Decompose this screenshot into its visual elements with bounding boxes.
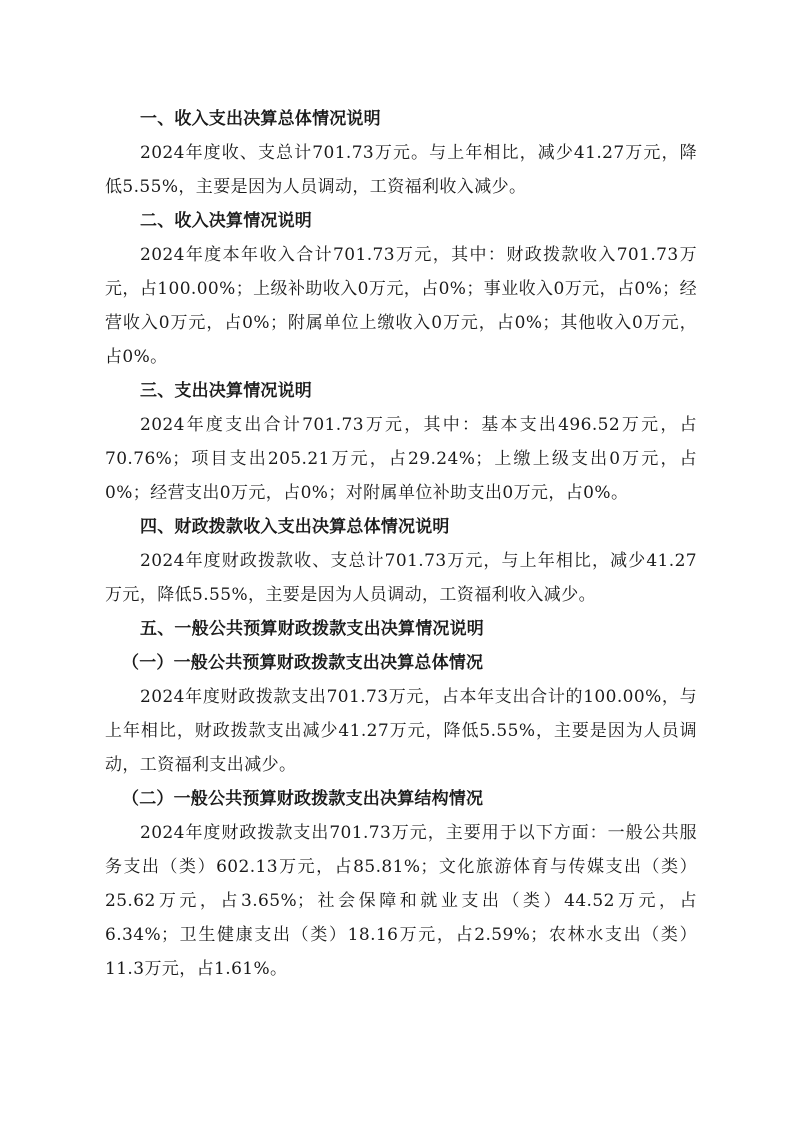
- subsection-paragraph-5-2: 2024年度财政拨款支出701.73万元，主要用于以下方面：一般公共服务支出（类…: [105, 816, 697, 986]
- section-paragraph-4: 2024年度财政拨款收、支总计701.73万元，与上年相比，减少41.27万元，…: [105, 544, 697, 612]
- section-paragraph-1: 2024年度收、支总计701.73万元。与上年相比，减少41.27万元，降低5.…: [105, 136, 697, 204]
- section-heading-3: 三、支出决算情况说明: [105, 374, 697, 408]
- section-paragraph-3: 2024年度支出合计701.73万元，其中：基本支出496.52万元，占70.7…: [105, 408, 697, 510]
- subsection-paragraph-5-1: 2024年度财政拨款支出701.73万元，占本年支出合计的100.00%，与上年…: [105, 680, 697, 782]
- section-heading-1: 一、收入支出决算总体情况说明: [105, 102, 697, 136]
- section-heading-4: 四、财政拨款收入支出决算总体情况说明: [105, 510, 697, 544]
- section-heading-2: 二、收入决算情况说明: [105, 204, 697, 238]
- subsection-heading-5-2: （二）一般公共预算财政拨款支出决算结构情况: [105, 782, 697, 816]
- section-paragraph-2: 2024年度本年收入合计701.73万元，其中：财政拨款收入701.73万元，占…: [105, 238, 697, 374]
- document-page: 一、收入支出决算总体情况说明 2024年度收、支总计701.73万元。与上年相比…: [105, 102, 697, 986]
- subsection-heading-5-1: （一）一般公共预算财政拨款支出决算总体情况: [105, 646, 697, 680]
- section-heading-5: 五、一般公共预算财政拨款支出决算情况说明: [105, 612, 697, 646]
